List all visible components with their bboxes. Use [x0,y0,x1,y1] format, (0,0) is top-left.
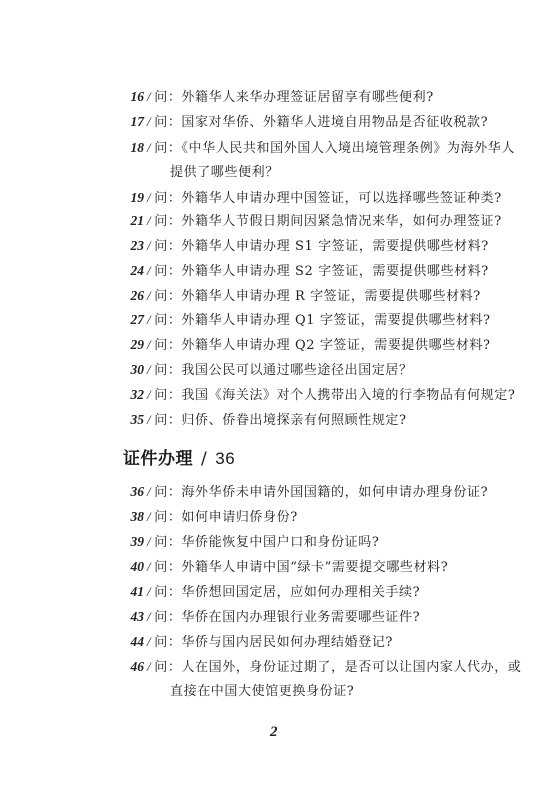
entry-text: 我国公民可以通过哪些途径出国定居？ [181,363,412,378]
question-label: 问： [154,635,181,650]
question-label: 问： [154,585,181,600]
toc-entry-38[interactable]: 38/问：如何申请归侨身份? [114,506,298,528]
question-label: 问： [154,191,181,206]
entry-text: 《中华人民共和国外国人入境出境管理条例》为海外华人 [181,141,515,156]
entry-text: 华侨在国内办理银行业务需要哪些证件? [181,610,420,625]
slash-separator: / [147,337,151,352]
entry-text: 海外华侨未申请外国国籍的，如何申请办理身份证? [181,485,488,500]
entry-number: 26 [114,285,144,307]
entry-text: 国家对华侨、外籍华人进境自用物品是否征收税款? [181,115,488,130]
slash-separator: / [147,634,151,649]
slash-separator: / [147,534,151,549]
toc-entry-17[interactable]: 17/问：国家对华侨、外籍华人进境自用物品是否征收税款? [114,111,488,133]
question-label: 问： [154,141,181,156]
slash-separator: / [147,484,151,499]
toc-entry-46-continued[interactable]: 直接在中国大使馆更换身份证? [170,681,354,703]
entry-number: 21 [114,210,144,232]
slash-separator: / [147,140,151,155]
entry-number: 40 [114,556,144,578]
entry-number: 24 [114,260,144,282]
question-label: 问： [154,388,181,403]
entry-number: 18 [114,137,144,159]
toc-entry-27[interactable]: 27/问：外籍华人申请办理 Q1 字签证，需要提供哪些材料? [114,309,491,331]
question-label: 问： [154,264,181,279]
slash-separator: / [147,190,151,205]
question-label: 问： [154,535,181,550]
slash-separator: / [147,89,151,104]
entry-text: 华侨能恢复中国户口和身份证吗? [181,535,379,550]
entry-number: 19 [114,187,144,209]
entry-text: 华侨与国内居民如何办理结婚登记? [181,635,393,650]
entry-number: 35 [114,409,144,431]
toc-entry-35[interactable]: 35/问：归侨、侨眷出境探亲有何照顾性规定? [114,409,407,431]
toc-entry-26[interactable]: 26/问：外籍华人申请办理 R 字签证，需要提供哪些材料? [114,285,481,307]
entry-number: 43 [114,606,144,628]
slash-separator: / [147,659,151,674]
toc-entry-16[interactable]: 16/问：外籍华人来华办理签证居留享有哪些便利? [114,86,434,108]
entry-number: 27 [114,309,144,331]
entry-number: 36 [114,481,144,503]
entry-number: 17 [114,111,144,133]
toc-entry-29[interactable]: 29/问：外籍华人申请办理 Q2 字签证，需要提供哪些材料? [114,334,491,356]
slash-separator: / [147,609,151,624]
slash-separator: / [147,263,151,278]
entry-text: 外籍华人申请办理 R 字签证，需要提供哪些材料? [181,289,480,304]
heading-separator: / [201,449,207,469]
question-label: 问： [154,610,181,625]
question-label: 问： [154,660,181,675]
entry-text: 外籍华人申请办理 S2 字签证，需要提供哪些材料? [181,264,488,279]
slash-separator: / [147,213,151,228]
question-label: 问： [154,313,181,328]
entry-text: 外籍华人申请中国“绿卡”需要提交哪些材料? [181,560,448,575]
entry-text: 归侨、侨眷出境探亲有何照顾性规定? [181,413,406,428]
entry-number: 41 [114,581,144,603]
entry-text: 我国《海关法》对个人携带出入境的行李物品有何规定? [181,388,515,403]
entry-text: 华侨想回国定居，应如何办理相关手续? [181,585,420,600]
entry-number: 29 [114,334,144,356]
page-number: 2 [270,724,278,741]
entry-number: 30 [114,359,144,381]
entry-text: 外籍华人来华办理签证居留享有哪些便利? [181,90,433,105]
slash-separator: / [147,559,151,574]
entry-text: 外籍华人申请办理 Q1 字签证，需要提供哪些材料? [181,313,490,328]
toc-entry-24[interactable]: 24/问：外籍华人申请办理 S2 字签证，需要提供哪些材料? [114,260,489,282]
toc-entry-30[interactable]: 30/问：我国公民可以通过哪些途径出国定居？ [114,359,413,381]
question-label: 问： [154,485,181,500]
question-label: 问： [154,510,181,525]
question-label: 问： [154,338,181,353]
toc-entry-18[interactable]: 18/问：《中华人民共和国外国人入境出境管理条例》为海外华人 [114,137,515,159]
entry-number: 16 [114,86,144,108]
entry-text: 如何申请归侨身份? [181,510,297,525]
section-page: 36 [215,449,235,468]
entry-number: 32 [114,384,144,406]
slash-separator: / [147,362,151,377]
question-label: 问： [154,560,181,575]
slash-separator: / [147,509,151,524]
entry-number: 44 [114,631,144,653]
question-label: 问： [154,363,181,378]
slash-separator: / [147,312,151,327]
toc-entry-36[interactable]: 36/问：海外华侨未申请外国国籍的，如何申请办理身份证? [114,481,488,503]
toc-entry-41[interactable]: 41/问：华侨想回国定居，应如何办理相关手续? [114,581,420,603]
section-heading[interactable]: 证件办理/36 [123,444,235,469]
slash-separator: / [147,412,151,427]
entry-text: 人在国外，身份证过期了，是否可以让国内家人代办，或 [181,660,521,675]
slash-separator: / [147,387,151,402]
question-label: 问： [154,289,181,304]
entry-text: 外籍华人申请办理 S1 字签证，需要提供哪些材料? [181,239,488,254]
slash-separator: / [147,114,151,129]
question-label: 问： [154,115,181,130]
toc-entry-21[interactable]: 21/问：外籍华人节假日期间因紧急情况来华，如何办理签证? [114,210,502,232]
entry-number: 38 [114,506,144,528]
slash-separator: / [147,238,151,253]
question-label: 问： [154,90,181,105]
toc-entry-32[interactable]: 32/问：我国《海关法》对个人携带出入境的行李物品有何规定? [114,384,515,406]
toc-entry-40[interactable]: 40/问：外籍华人申请中国“绿卡”需要提交哪些材料? [114,556,448,578]
slash-separator: / [147,288,151,303]
toc-entry-18-continued[interactable]: 提供了哪些便利？ [170,162,279,184]
entry-number: 46 [114,656,144,678]
entry-text: 外籍华人申请办理 Q2 字签证，需要提供哪些材料? [181,338,490,353]
toc-entry-46[interactable]: 46/问：人在国外，身份证过期了，是否可以让国内家人代办，或 [114,656,521,678]
toc-entry-23[interactable]: 23/问：外籍华人申请办理 S1 字签证，需要提供哪些材料? [114,235,489,257]
question-label: 问： [154,413,181,428]
toc-entry-43[interactable]: 43/问：华侨在国内办理银行业务需要哪些证件? [114,606,420,628]
section-title: 证件办理 [123,449,193,469]
entry-text: 外籍华人申请办理中国签证，可以选择哪些签证种类? [181,191,501,206]
entry-number: 23 [114,235,144,257]
toc-entry-19[interactable]: 19/问：外籍华人申请办理中国签证，可以选择哪些签证种类? [114,187,502,209]
toc-entry-39[interactable]: 39/问：华侨能恢复中国户口和身份证吗? [114,531,379,553]
toc-entry-44[interactable]: 44/问：华侨与国内居民如何办理结婚登记? [114,631,393,653]
slash-separator: / [147,584,151,599]
question-label: 问： [154,214,181,229]
question-label: 问： [154,239,181,254]
entry-text: 外籍华人节假日期间因紧急情况来华，如何办理签证? [181,214,501,229]
entry-number: 39 [114,531,144,553]
